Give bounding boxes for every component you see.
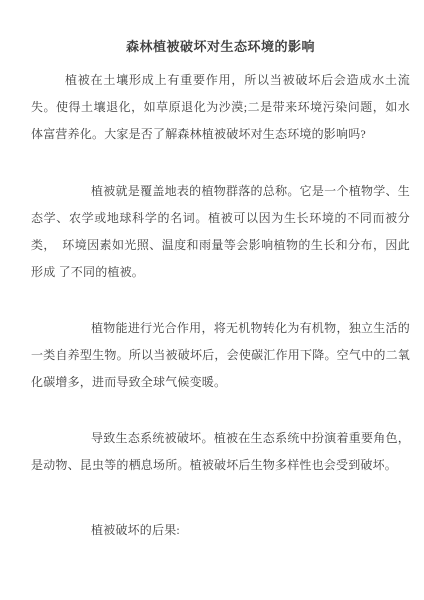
paragraph-ecosystem: 导致生态系统被破坏。植被在生态系统中扮演着重要角色，是动物、昆虫等的栖息场所。植… <box>31 425 410 479</box>
paragraph-intro: 植被在土壤形成上有重要作用，所以当被破坏后会造成水土流失。使得土壤退化，如草原退… <box>31 67 410 148</box>
paragraph-vegetation-definition: 植被就是覆盖地表的植物群落的总称。它是一个植物学、生态学、农学或地球科学的名词。… <box>31 178 410 286</box>
document-title: 森林植被破坏对生态环境的影响 <box>31 0 410 56</box>
paragraph-consequences-heading: 植被破坏的后果: <box>31 517 410 544</box>
document-page: 森林植被破坏对生态环境的影响 植被在土壤形成上有重要作用，所以当被破坏后会造成水… <box>0 0 424 600</box>
paragraph-photosynthesis: 植物能进行光合作用，将无机物转化为有机物，独立生活的一类自养型生物。所以当被破坏… <box>31 315 410 396</box>
